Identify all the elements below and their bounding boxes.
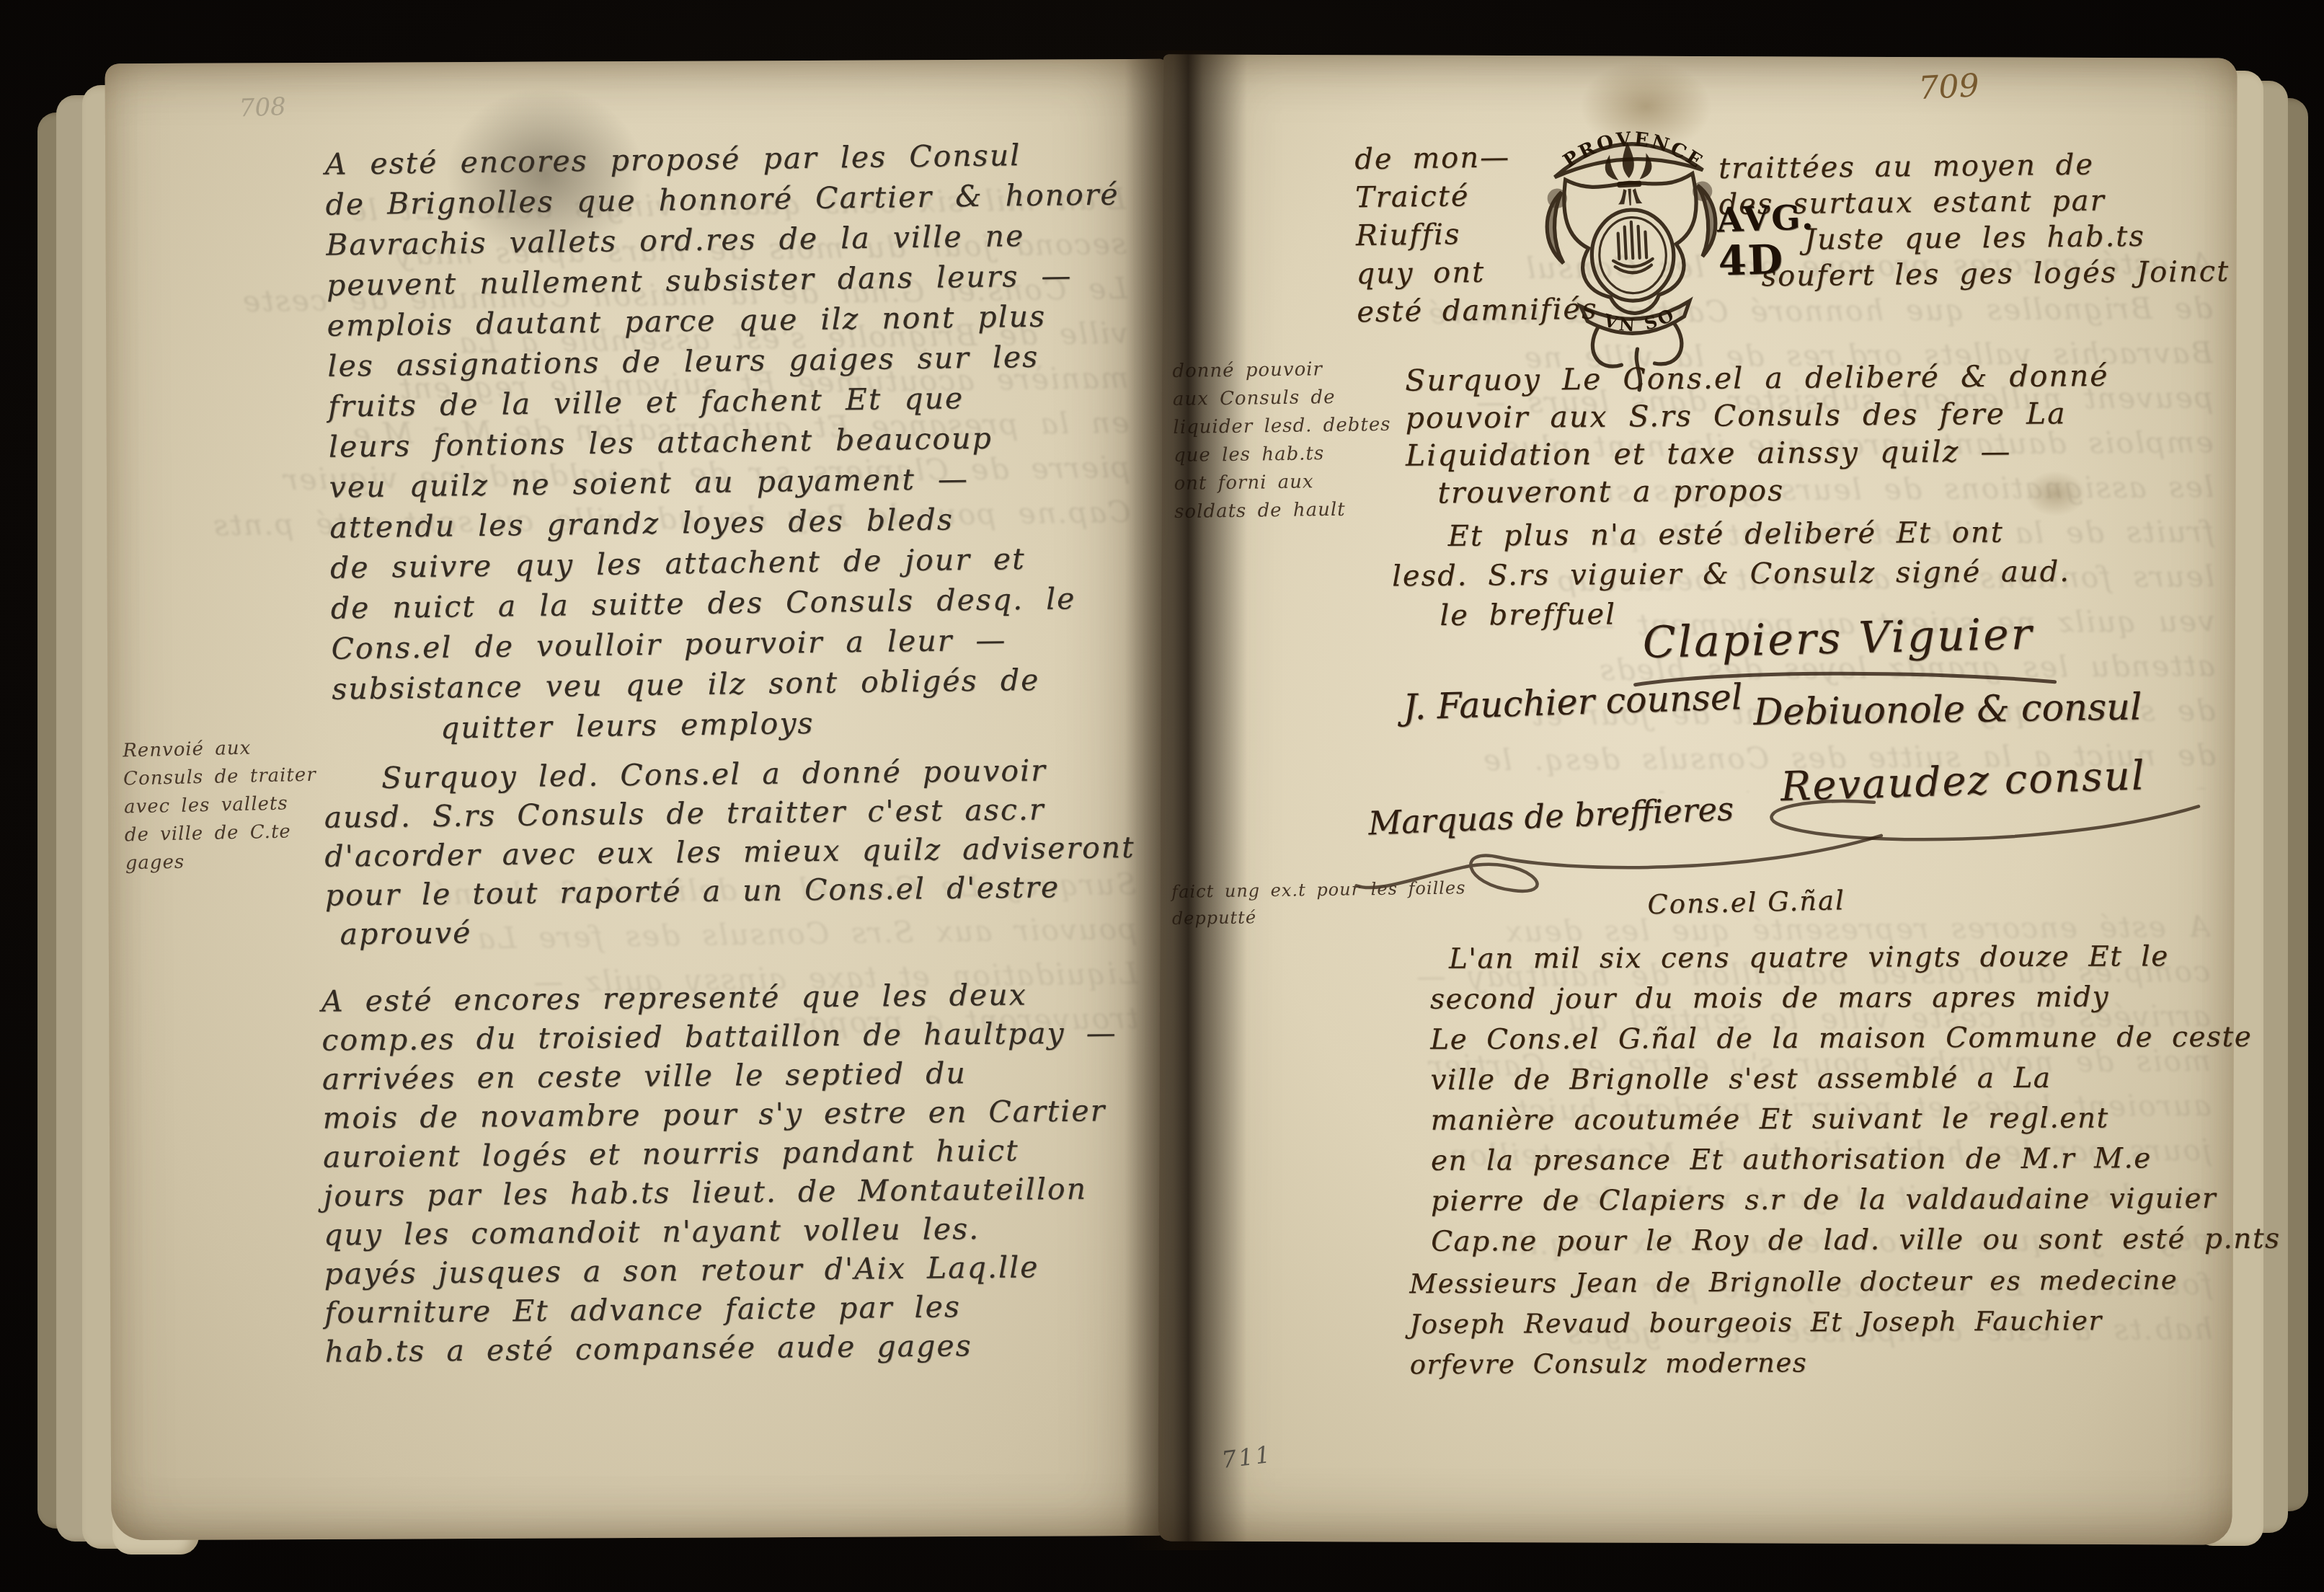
text-line: Liquidation et taxe ainssy quilz — [1406,432,2110,474]
text-line: ont forni aux [1174,467,1392,498]
photo-background: L'an mil six cens quatre vingts douze Et… [0,0,2324,1592]
text-line: second jour du mois de mars apres midy [1430,977,2280,1020]
text-line: en la presance Et authorisation de M.r M… [1431,1138,2281,1182]
text-line: gages [125,846,318,878]
text-line: depputté [1172,901,1467,932]
left-page-paragraph-3: A esté encores representé que les deuxco… [321,974,1120,1371]
text-line: Renvoié aux [123,733,316,766]
text-line: Joseph Revaud bourgeois Et Joseph Fauchi… [1409,1301,2178,1345]
bleedthrough-folio-number: 708 [239,92,286,123]
right-page-margin-note-1: donné pouvoiraux Consuls deliquider lesd… [1172,355,1392,526]
left-page-paragraph-1: A esté encores proposé par les Consulde … [324,133,1126,749]
right-page-paragraph-1: Surquoy Le Cons.el a deliberé & donnépou… [1405,357,2110,512]
text-line: pierre de Clapiers s.r de la valdaudaine… [1431,1179,2281,1222]
text-line: donné pouvoir [1172,355,1391,386]
signature: Debiuonole & consul [1753,686,2142,734]
text-line: de ville de C.te [124,818,317,850]
right-page-paragraph-3: Messieurs Jean de Brignolle docteur es m… [1409,1260,2178,1386]
left-page-margin-note: Renvoié auxConsuls de traiteravec les va… [123,733,319,878]
text-line: traittées au moyen de [1718,146,2229,187]
right-page-paragraph-2: L'an mil six cens quatre vingts douze Et… [1430,937,2281,1262]
text-line: Messieurs Jean de Brignolle docteur es m… [1409,1260,2178,1305]
text-line: jours par les hab.ts lieut. de Montautei… [323,1169,1119,1216]
text-line: que les hab.ts [1174,439,1392,470]
right-page: A esté encores proposé par les Consulde … [1158,54,2237,1544]
stamp-duty-line2: 4D [1718,234,1817,285]
text-line: Le Cons.el G.ñal de la maison Commune de… [1430,1017,2280,1061]
right-page-margin-note-2: faict ung ex.t pour les foillesdepputté [1171,875,1466,932]
text-line: Consuls de traiter [123,761,316,794]
signature: Clapiers Viguier [1642,609,2034,668]
text-line: ville de Brignolle s'est assemblé a La [1430,1058,2280,1101]
section-heading: Cons.el G.ñal [1647,885,1845,920]
stamp-duty-line1: AVG. [1716,198,1816,240]
text-line: manière acoutumée Et suivant le regl.ent [1431,1098,2281,1141]
text-line: L'an mil six cens quatre vingts douze Et… [1449,937,2280,980]
folio-number: 709 [1917,67,1979,107]
text-line: soufert les ges logés Joinct [1761,254,2230,295]
text-line: liquider lesd. debtes [1173,411,1391,442]
text-line: Surquoy Le Cons.el a deliberé & donné [1405,357,2109,399]
text-line: comp.es du troisied battaillon de haultp… [321,1013,1117,1060]
text-line: avec les vallets [124,790,317,822]
stamp-duty-mark: AVG. 4D [1716,198,1817,285]
text-line: faict ung ex.t pour les foilles [1171,875,1466,906]
text-line: orfevre Consulz modernes [1410,1341,2178,1386]
signature: Marquas de breffieres [1367,790,1734,842]
left-page: L'an mil six cens quatre vingts douze Et… [105,59,1171,1540]
text-line: Et plus n'a esté deliberé Et ont [1448,513,2070,557]
text-line: soldats de hault [1174,495,1393,526]
text-line: pouvoir aux S.rs Consuls des fere La [1405,394,2109,437]
text-line: Juste que les hab.ts [1804,218,2230,258]
text-line: trouveront a propos [1437,469,2110,512]
text-line: lesd. S.rs viguier & Consulz signé aud. [1392,552,2070,597]
text-line: hab.ts a esté compansée aude gages [324,1325,1120,1371]
pencil-folio-note: 711 [1220,1441,1274,1474]
text-line: payés jusques a son retour d'Aix Laq.lle [324,1247,1119,1293]
text-line: aux Consuls de [1173,383,1391,414]
left-page-paragraph-2: Surquoy led. Cons.el a donné pouvoirausd… [324,750,1136,954]
text-line: Cap.ne pour le Roy de lad. ville ou sont… [1431,1219,2281,1262]
